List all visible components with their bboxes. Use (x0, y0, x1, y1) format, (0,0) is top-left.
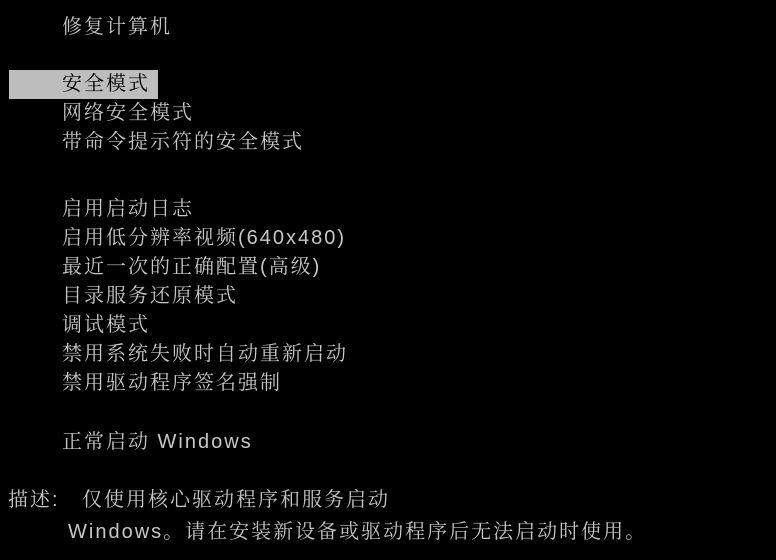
description-text-line2: Windows。请在安装新设备或驱动程序后无法启动时使用。 (68, 520, 647, 544)
menu-item-start-windows-normally[interactable]: 正常启动 Windows (0, 428, 776, 457)
menu-item-disable-auto-restart[interactable]: 禁用系统失败时自动重新启动 (0, 340, 776, 369)
menu-item-directory-services-restore[interactable]: 目录服务还原模式 (0, 282, 776, 311)
menu-item-label: 禁用系统失败时自动重新启动 (62, 340, 348, 369)
menu-item-label: 正常启动 Windows (62, 428, 253, 457)
menu-item-disable-driver-signature-enforcement[interactable]: 禁用驱动程序签名强制 (0, 369, 776, 398)
menu-item-enable-low-res-video[interactable]: 启用低分辨率视频(640x480) (0, 224, 776, 253)
menu-item-label: 调试模式 (62, 311, 150, 340)
description-label: 描述: (8, 488, 60, 512)
menu-item-label: 网络安全模式 (62, 99, 194, 128)
menu-item-label: 目录服务还原模式 (62, 282, 238, 311)
menu-item-last-known-good-config[interactable]: 最近一次的正确配置(高级) (0, 253, 776, 282)
menu-item-safe-mode-networking[interactable]: 网络安全模式 (0, 99, 776, 128)
menu-item-debugging-mode[interactable]: 调试模式 (0, 311, 776, 340)
description-text-line1: 仅使用核心驱动程序和服务启动 (82, 488, 390, 512)
menu-item-label: 修复计算机 (62, 13, 172, 42)
menu-item-safe-mode[interactable]: 安全模式 (0, 70, 776, 99)
menu-item-repair-computer[interactable]: 修复计算机 (0, 13, 776, 42)
menu-item-label: 禁用驱动程序签名强制 (62, 369, 282, 398)
advanced-boot-options-menu: 修复计算机 安全模式 网络安全模式 带命令提示符的安全模式 启用启动日志 启用低… (0, 13, 776, 457)
menu-item-label: 最近一次的正确配置(高级) (62, 253, 321, 282)
menu-item-safe-mode-command-prompt[interactable]: 带命令提示符的安全模式 (0, 128, 776, 157)
menu-item-label: 启用低分辨率视频(640x480) (62, 224, 346, 253)
menu-item-label-selected: 安全模式 (9, 70, 158, 99)
menu-item-enable-boot-logging[interactable]: 启用启动日志 (0, 195, 776, 224)
menu-item-label: 启用启动日志 (62, 195, 194, 224)
menu-item-label: 带命令提示符的安全模式 (62, 128, 304, 157)
